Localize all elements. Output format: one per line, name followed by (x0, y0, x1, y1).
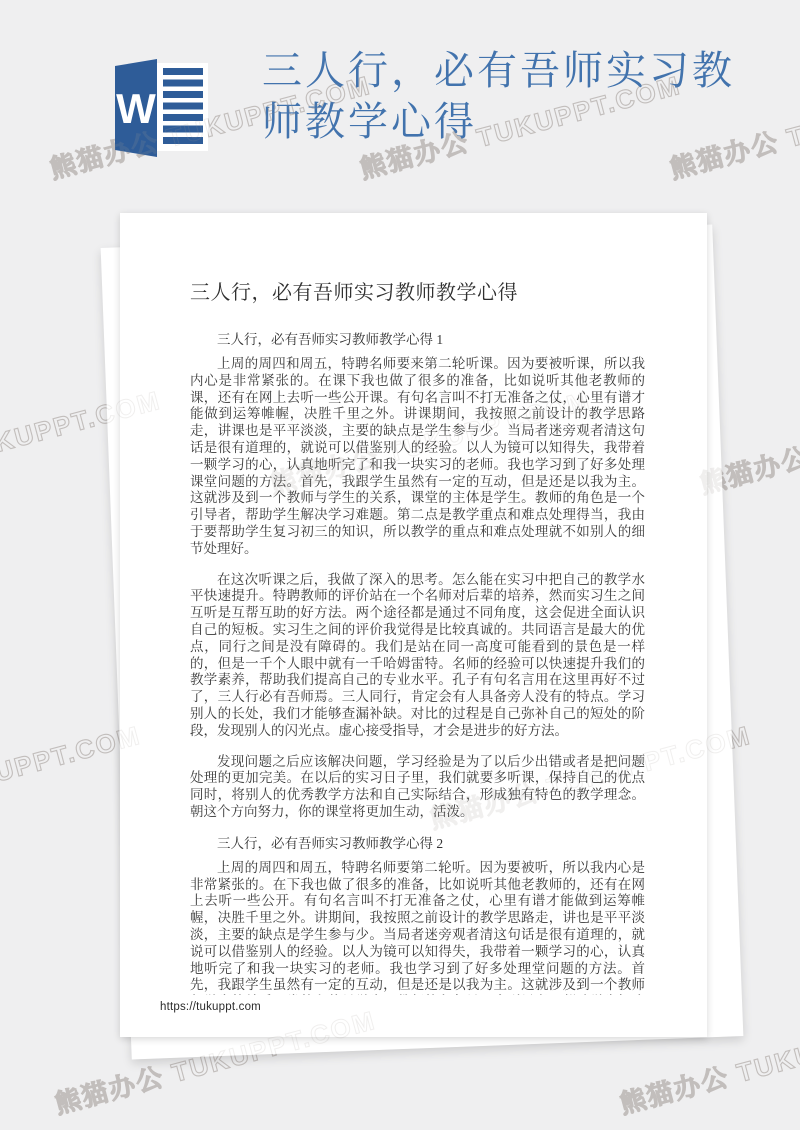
header: W 三人行，必有吾师实习教师教学心得 (0, 0, 800, 190)
document-title: 三人行，必有吾师实习教师教学心得 (190, 279, 645, 307)
word-icon-letter: W (116, 85, 156, 132)
document-page: 三人行，必有吾师实习教师教学心得 三人行，必有吾师实习教师教学心得 1上周的周四… (120, 213, 707, 1037)
document-paragraph: 上周的周四和周五，特聘名师要来第二轮听课。因为要被听课，所以我内心是非常紧张的。… (190, 356, 645, 558)
document-paragraph: 在这次听课之后，我做了深入的思考。怎么能在实习中把自己的教学水平快速提升。特聘教… (190, 572, 645, 740)
page-title: 三人行，必有吾师实习教师教学心得 (262, 46, 736, 148)
document-paragraph: 上周的周四和周五，特聘名师要第二轮听。因为要被听，所以我内心是非常紧张的。在下我… (190, 860, 645, 995)
word-icon-graphic: W (108, 56, 216, 160)
document-section-heading: 三人行，必有吾师实习教师教学心得 1 (190, 331, 645, 348)
word-file-icon: W (108, 56, 216, 160)
document-sections: 三人行，必有吾师实习教师教学心得 1上周的周四和周五，特聘名师要来第二轮听课。因… (190, 331, 645, 995)
document-section-heading: 三人行，必有吾师实习教师教学心得 2 (190, 835, 645, 852)
document-paragraph: 发现问题之后应该解决问题，学习经验是为了以后少出错或者是把问题处理的更加完美。在… (190, 754, 645, 821)
document-content: 三人行，必有吾师实习教师教学心得 三人行，必有吾师实习教师教学心得 1上周的周四… (190, 279, 645, 995)
footer-link[interactable]: https://tukuppt.com (160, 1001, 261, 1013)
